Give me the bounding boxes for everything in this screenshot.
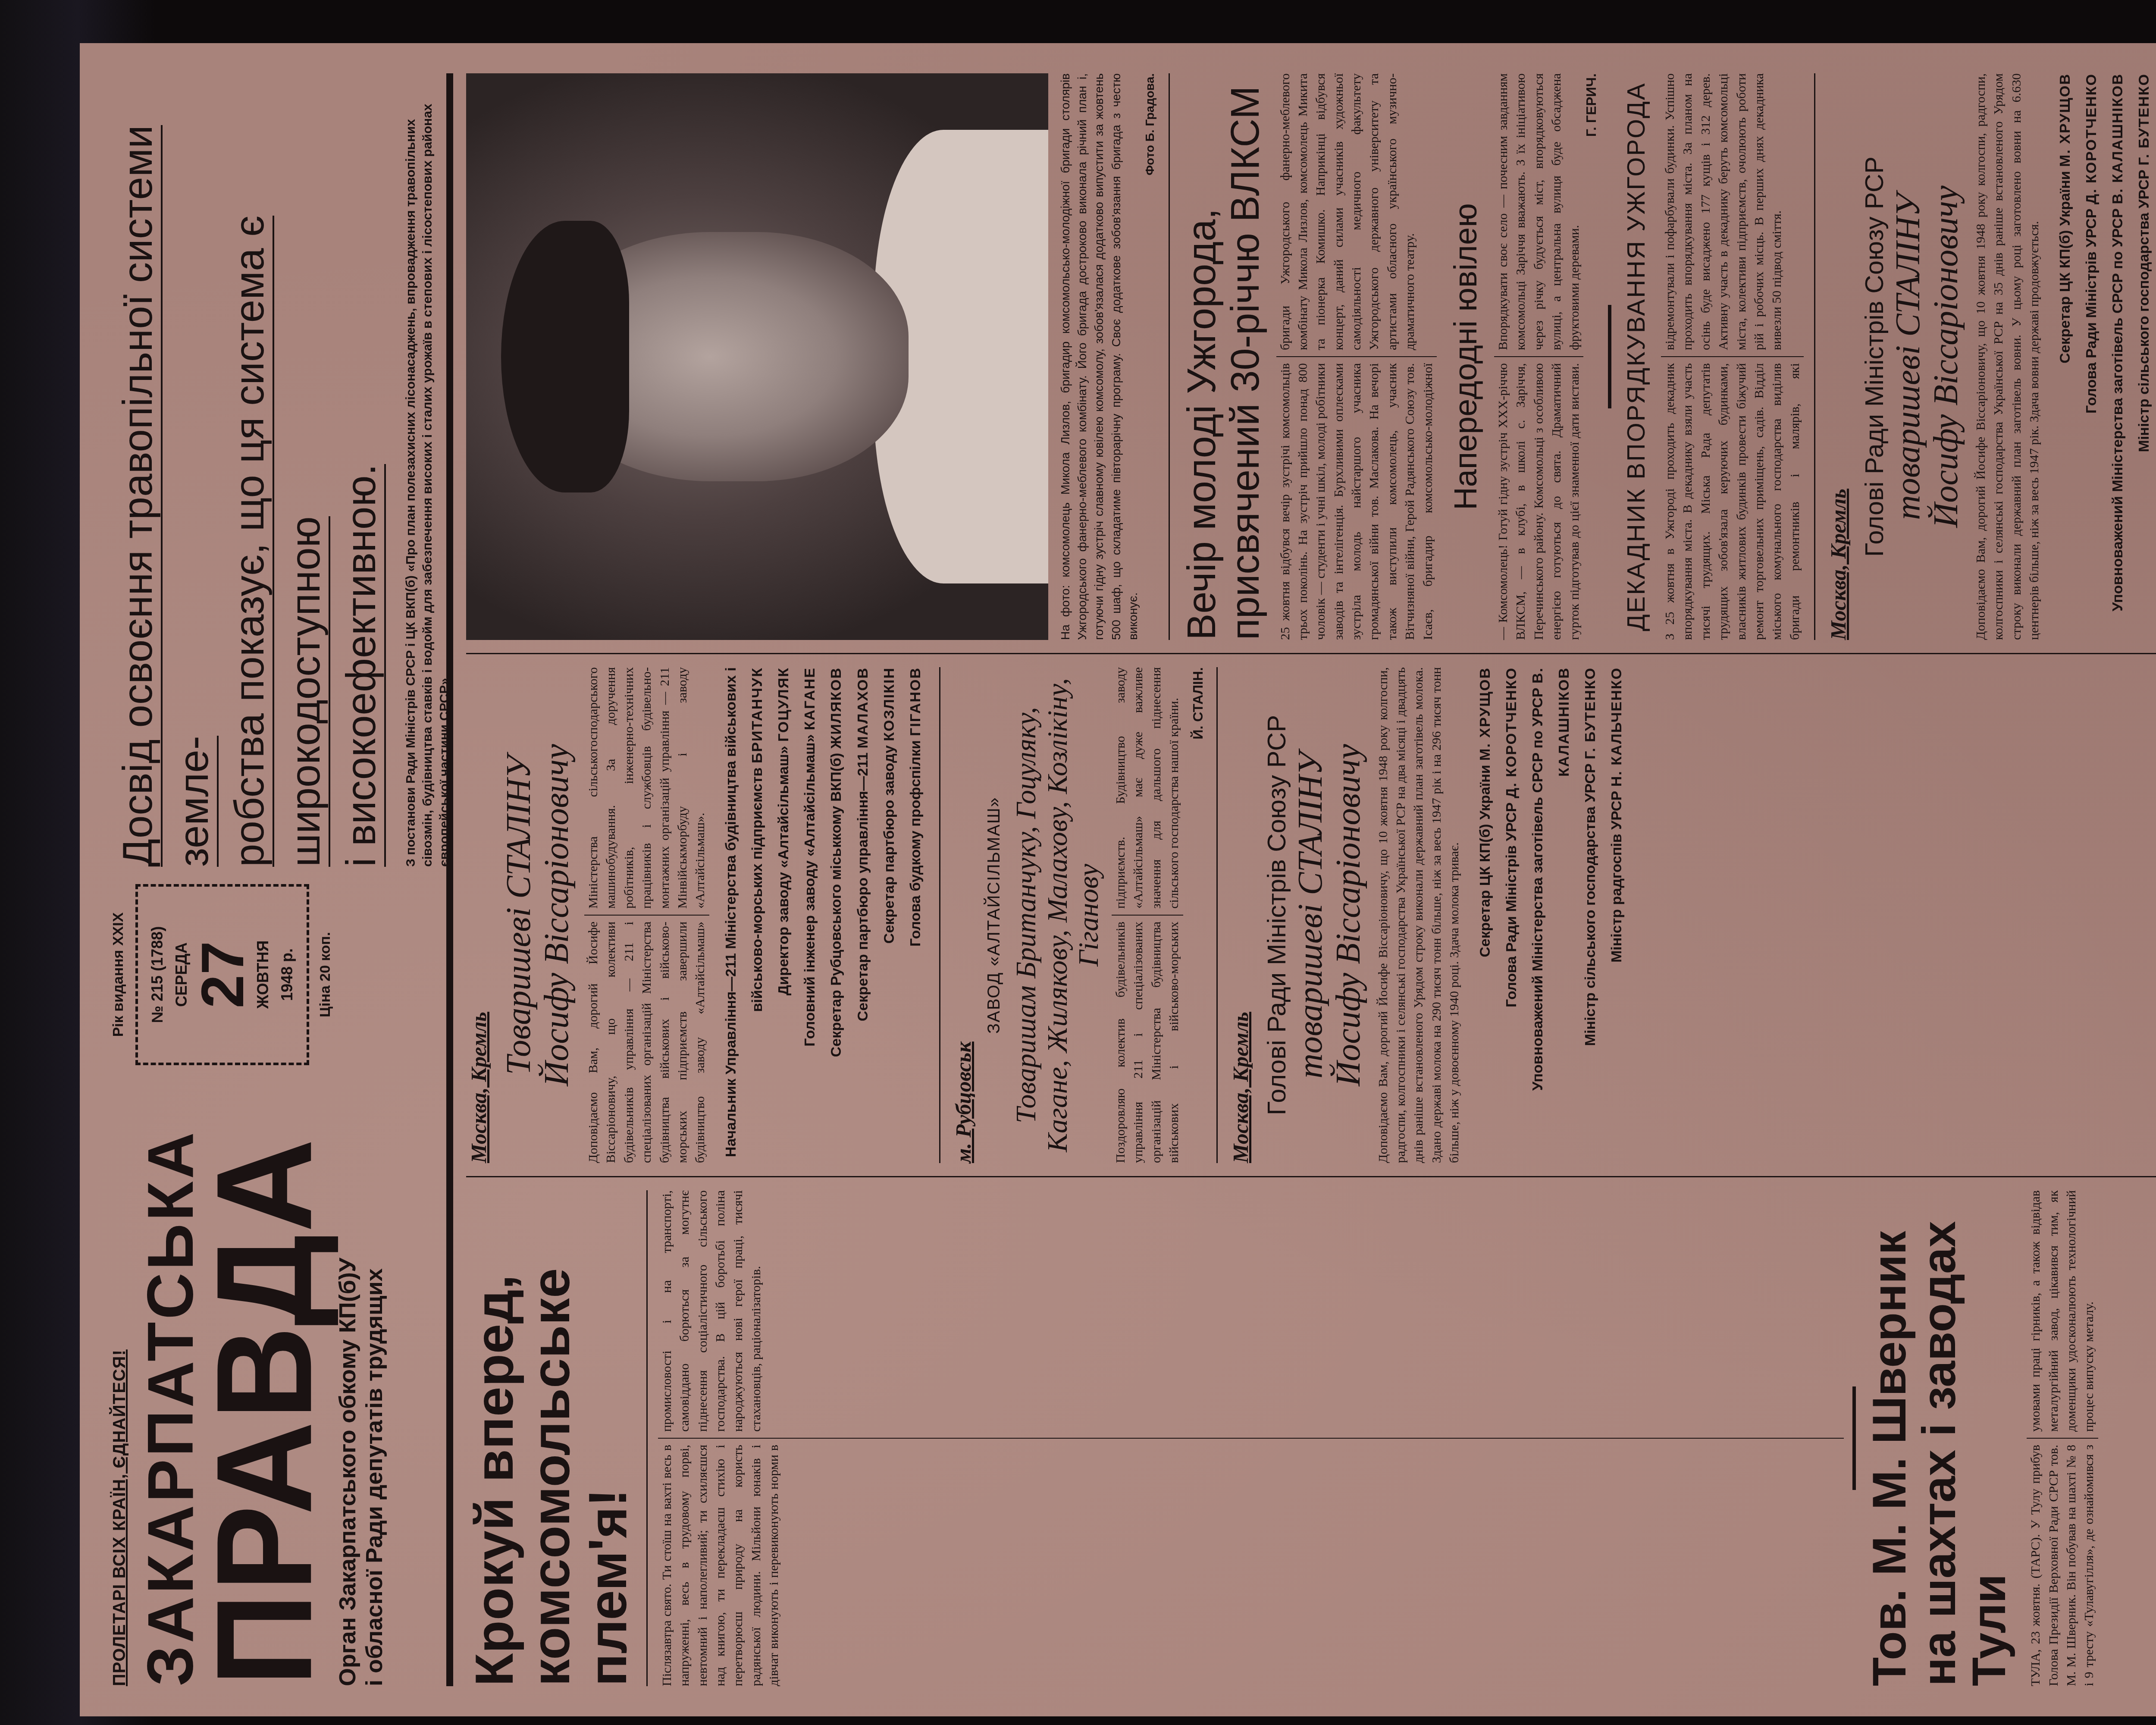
plant-name: ЗАВОД «АЛТАЙСІЛЬМАШ»	[984, 667, 1004, 1163]
decade-headline: ДЕКАДНИК ВПОРЯДКУВАННЯ УЖГОРОДА	[1622, 73, 1651, 640]
column-left: Крокуй вперед, комсомольське плем'я! Піс…	[466, 1176, 2156, 1686]
price: Ціна 20 коп.	[317, 884, 334, 1065]
shvernik-headline: Тов. М. М. Шверник на шахтах і заводах Т…	[1865, 1190, 2014, 1686]
signatory: Секретар ЦК КП(б) України М. ХРУЩОВ	[2052, 73, 2078, 640]
signatory: Голова Ради Міністрів УРСР Д. КОРОТЧЕНКО	[1498, 667, 1525, 1163]
dateline-rubtsovsk: м. Рубцовськ	[951, 667, 976, 1163]
wool-addressee-3: Йосифу Віссаріоновичу	[1927, 73, 1965, 640]
year: 1948 р.	[278, 891, 296, 1058]
signatory: Голова будкому профспілки ГІГАНОВ	[903, 667, 929, 1163]
lead-quote-line-2: робства показує, що ця система є широкод…	[226, 216, 330, 867]
month: ЖОВТНЯ	[254, 891, 272, 1058]
signatory: Міністр сільського господарства УРСР Г. …	[2131, 73, 2156, 640]
wool-body: Доповідаємо Вам, дорогий Йосифе Віссаріо…	[1972, 73, 2043, 640]
signatory: Директор заводу «Алтайсільмаш» ГОЦУЛЯК	[771, 667, 797, 1163]
year-of-publication: Рік видання XXIX	[110, 884, 127, 1065]
dateline-moscow-3: Москва, Кремль	[1826, 73, 1851, 640]
page-body: Крокуй вперед, комсомольське плем'я! Піс…	[466, 73, 2156, 1686]
photo-caption-text: На фото: комсомолець Микола Лизлов, бриг…	[1057, 73, 1141, 640]
editorial-headline: Крокуй вперед, комсомольське плем'я!	[466, 1190, 636, 1686]
signatory: Міністр радгоспів УРСР Н. КАЛЬЧЕНКО	[1604, 667, 1630, 1163]
signatory: Начальник Управління—211 Міністерства бу…	[718, 667, 771, 1163]
organ-line-2: і обласної Ради депутатів трудящих	[361, 1082, 388, 1686]
lead-quote-line-1: Досвід освоєння травопільної системи зем…	[115, 125, 219, 867]
ornament-rule	[1852, 1386, 1856, 1490]
jubilee-body: — Комсомолець! Готуй гідну зустріч XXX-р…	[1494, 73, 1583, 640]
editorial-body: Післязавтра свято. Ти стоїш на вахті вес…	[658, 1190, 1844, 1686]
signatory: Міністр сільського господарства УРСР Г. …	[1577, 667, 1604, 1163]
signatory: Секретар Рубцовського міськкому ВКП(б) Ж…	[823, 667, 849, 1163]
column-right: На фото: комсомолець Микола Лизлов, бриг…	[466, 73, 2156, 653]
decade-body: З 25 жовтня в Ужгороді проходить декадни…	[1661, 73, 1804, 640]
newspaper-page-rotated: ПРОЛЕТАРІ ВСІХ КРАЇН, ЄДНАЙТЕСЯ! ЗАКАРПА…	[80, 43, 2156, 1716]
milk-body: Доповідаємо Вам, дорогий Йосифе Віссаріо…	[1374, 667, 1463, 1163]
column-middle: Москва, Кремль Товаришеві СТАЛІНУ Йосифу…	[466, 653, 2156, 1176]
jubilee-headline: Напередодні ювілею	[1447, 73, 1484, 640]
divider	[1814, 73, 1815, 640]
date-box: № 215 (1788) СЕРЕДА 27 ЖОВТНЯ 1948 р.	[135, 884, 309, 1065]
issue-number: № 215 (1788)	[148, 891, 166, 1058]
milk-signatories: Секретар ЦК КП(б) України М. ХРУЩОВ Голо…	[1472, 667, 1630, 1163]
masthead-title-block: ПРОЛЕТАРІ ВСІХ КРАЇН, ЄДНАЙТЕСЯ! ЗАКАРПА…	[110, 1082, 388, 1686]
signatory: Уповноважений Міністерства заготівель СР…	[1525, 667, 1577, 1163]
altaiselmash-signatories: Начальник Управління—211 Міністерства бу…	[718, 667, 929, 1163]
wool-addressee-1: Голові Ради Міністрів Союзу РСР	[1859, 73, 1889, 640]
portrait-photo	[466, 73, 1048, 640]
signatory: Секретар ЦК КП(б) України М. ХРУЩОВ	[1472, 667, 1498, 1163]
newspaper-page: ПРОЛЕТАРІ ВСІХ КРАЇН, ЄДНАЙТЕСЯ! ЗАКАРПА…	[80, 43, 2156, 1716]
youth-evening-headline: Вечір молоді Ужгорода, присвячений 30-рі…	[1180, 73, 1267, 640]
signatory: Уповноважений Міністерства заготівель СР…	[2105, 73, 2131, 640]
youth-evening-body: 25 жовтня відбувся вечір зустрічі комсом…	[1276, 73, 1437, 640]
milk-addressee-2: товаришеві СТАЛІНУ	[1291, 667, 1329, 1163]
reply-signature: Й. СТАЛІН.	[1190, 667, 1206, 1163]
wool-addressee-2: товаришеві СТАЛІНУ	[1889, 73, 1927, 640]
lead-quote-line-3: і високоефективною.	[338, 464, 386, 867]
jubilee-author: Г. ГЕРИЧ.	[1583, 73, 1599, 640]
masthead: ПРОЛЕТАРІ ВСІХ КРАЇН, ЄДНАЙТЕСЯ! ЗАКАРПА…	[110, 73, 438, 1686]
lead-quote: Досвід освоєння травопільної системи зем…	[110, 73, 453, 867]
altaiselmash-body: Доповідаємо Вам, дорогий Йосифе Віссаріо…	[584, 667, 709, 1163]
newspaper-title-main: ПРАВДА	[200, 1082, 329, 1686]
milk-addressee-1: Голові Ради Міністрів Союзу РСР	[1262, 667, 1291, 1163]
divider	[1169, 73, 1170, 640]
photo-caption: На фото: комсомолець Микола Лизлов, бриг…	[1057, 73, 1158, 640]
weekday: СЕРЕДА	[172, 891, 191, 1058]
addressee-1: Товаришеві СТАЛІНУ	[500, 667, 538, 1163]
day-number: 27	[191, 891, 254, 1058]
divider	[1216, 667, 1218, 1163]
photo-hair	[501, 221, 629, 493]
signatory: Секретар партбюро управління—211 МАЛАХОВ	[850, 667, 876, 1163]
slogan: ПРОЛЕТАРІ ВСІХ КРАЇН, ЄДНАЙТЕСЯ!	[110, 1082, 129, 1686]
dateline-moscow-2: Москва, Кремль	[1228, 667, 1253, 1163]
reply-body: Поздоровляю колектив будівельників управ…	[1112, 667, 1183, 1163]
wool-signatories: Секретар ЦК КП(б) України М. ХРУЩОВ Голо…	[2052, 73, 2156, 640]
signatory: Секретар партбюро заводу КОЗЛІКІН	[876, 667, 903, 1163]
addressee-2: Йосифу Віссаріоновичу	[538, 667, 576, 1163]
signatory: Головний інженер заводу «Алтайсільмаш» К…	[797, 667, 823, 1163]
shvernik-body: ТУЛА, 23 жовтня. (ТАРС). У Тулу прибув Г…	[2027, 1190, 2098, 1686]
divider	[939, 667, 940, 1163]
rule	[1608, 305, 1611, 408]
reply-addressee: Товаришам Британчуку, Гоцуляку, Кагане, …	[1011, 667, 1105, 1163]
photo-credit: Фото Б. Градова.	[1141, 73, 1158, 640]
milk-addressee-3: Йосифу Віссаріоновичу	[1329, 667, 1367, 1163]
issue-info: Рік видання XXIX № 215 (1788) СЕРЕДА 27 …	[110, 884, 334, 1065]
dateline-moscow-1: Москва, Кремль	[466, 667, 491, 1163]
divider	[646, 1190, 648, 1686]
signatory: Голова Ради Міністрів УРСР Д. КОРОТЧЕНКО	[2078, 73, 2105, 640]
lead-quote-source: З постанови Ради Міністрів СРСР і ЦК ВКП…	[402, 73, 453, 867]
